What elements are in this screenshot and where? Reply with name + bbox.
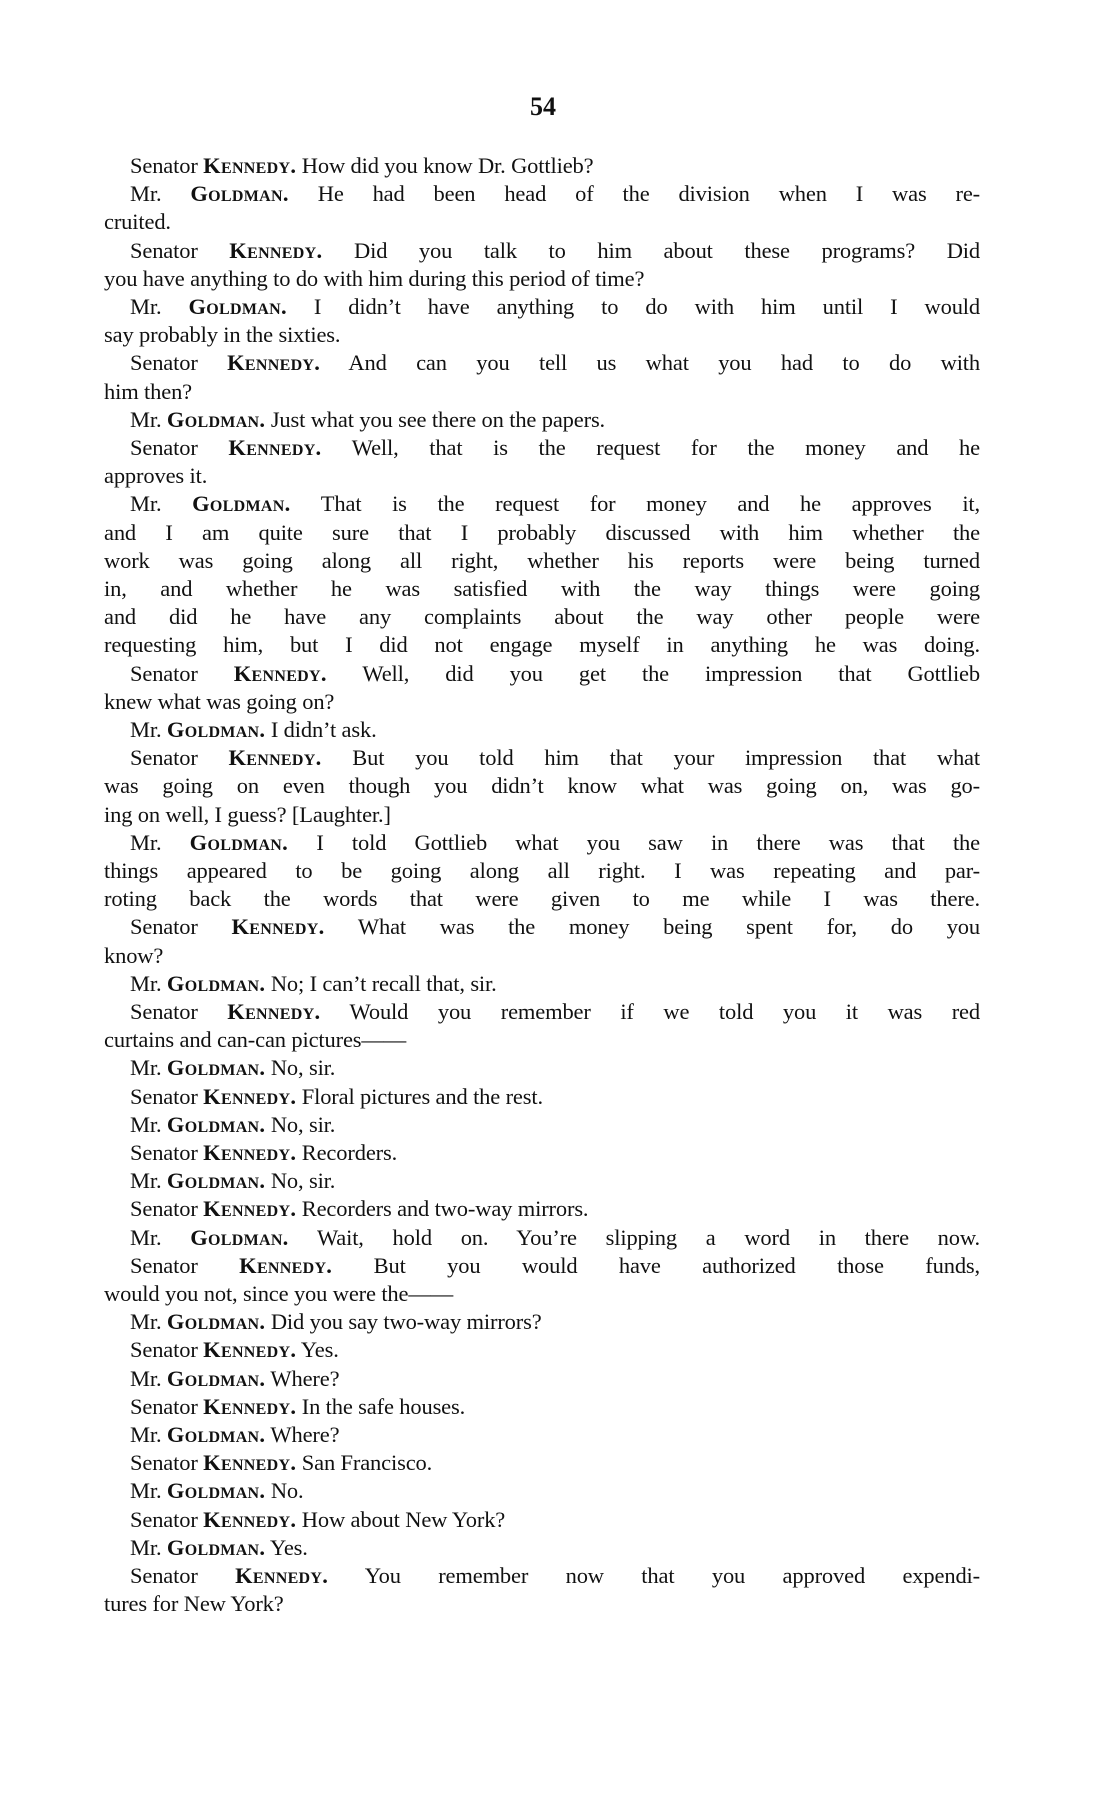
transcript-line-speaker-kennedy: Senator Kennedy. What was the money bein… xyxy=(130,913,980,941)
line-text: How did you know Dr. Gottlieb? xyxy=(296,153,593,178)
line-text: No. xyxy=(265,1478,303,1503)
speaker-title: Senator xyxy=(130,1253,198,1278)
line-text: And can you tell us what you had to do w… xyxy=(320,350,980,375)
transcript-line-speaker-kennedy: Senator Kennedy. Did you talk to him abo… xyxy=(130,237,980,265)
speaker-title: Senator xyxy=(130,1394,198,1419)
transcript-line-continuation: in, and whether he was satisfied with th… xyxy=(104,575,980,603)
line-text: was going on even though you didn’t know… xyxy=(104,773,980,798)
transcript-line-continuation: roting back the words that were given to… xyxy=(104,885,980,913)
line-text: tures for New York? xyxy=(104,1591,284,1616)
speaker-title: Mr. xyxy=(130,1055,161,1080)
speaker-name: Goldman. xyxy=(190,830,288,855)
speaker-name: Kennedy. xyxy=(203,1337,296,1362)
transcript-line-continuation: cruited. xyxy=(104,208,980,236)
line-text: Yes. xyxy=(296,1337,338,1362)
line-text: I didn’t have anything to do with him un… xyxy=(287,294,980,319)
line-text: Did you say two-way mirrors? xyxy=(265,1309,541,1334)
speaker-title: Mr. xyxy=(130,1535,161,1560)
speaker-name: Kennedy. xyxy=(203,1140,296,1165)
speaker-title: Senator xyxy=(130,1337,198,1362)
line-text: know? xyxy=(104,943,163,968)
transcript-line-speaker-goldman: Mr. Goldman. No, sir. xyxy=(130,1111,980,1139)
line-text: No, sir. xyxy=(265,1112,335,1137)
transcript-line-speaker-goldman: Mr. Goldman. I didn’t ask. xyxy=(130,716,980,744)
transcript-line-speaker-goldman: Mr. Goldman. No, sir. xyxy=(130,1054,980,1082)
line-text: Did you talk to him about these programs… xyxy=(322,238,980,263)
speaker-title: Mr. xyxy=(130,407,161,432)
speaker-title: Mr. xyxy=(130,294,161,319)
speaker-name: Goldman. xyxy=(190,181,288,206)
speaker-title: Senator xyxy=(130,153,198,178)
line-text: Yes. xyxy=(265,1535,307,1560)
line-text: him then? xyxy=(104,379,192,404)
transcript-line-speaker-kennedy: Senator Kennedy. Yes. xyxy=(130,1336,980,1364)
line-text: and I am quite sure that I probably disc… xyxy=(104,520,980,545)
line-text: Just what you see there on the papers. xyxy=(265,407,605,432)
speaker-title: Senator xyxy=(130,914,198,939)
transcript-line-continuation: know? xyxy=(104,942,980,970)
speaker-name: Kennedy. xyxy=(203,1196,296,1221)
transcript-line-speaker-goldman: Mr. Goldman. I didn’t have anything to d… xyxy=(130,293,980,321)
line-text: Where? xyxy=(265,1422,339,1447)
speaker-title: Mr. xyxy=(130,1309,161,1334)
speaker-name: Kennedy. xyxy=(234,661,327,686)
line-text: Recorders and two-way mirrors. xyxy=(296,1196,588,1221)
line-text: you have anything to do with him during … xyxy=(104,266,644,291)
line-text: Where? xyxy=(265,1366,339,1391)
speaker-name: Goldman. xyxy=(167,1478,265,1503)
line-text: cruited. xyxy=(104,209,171,234)
speaker-title: Mr. xyxy=(130,1366,161,1391)
line-text: But you would have authorized those fund… xyxy=(332,1253,980,1278)
line-text: What was the money being spent for, do y… xyxy=(325,914,980,939)
speaker-name: Goldman. xyxy=(167,717,265,742)
transcript-line-continuation: him then? xyxy=(104,378,980,406)
line-text: He had been head of the division when I … xyxy=(289,181,980,206)
transcript-line-speaker-goldman: Mr. Goldman. No. xyxy=(130,1477,980,1505)
transcript-line-speaker-kennedy: Senator Kennedy. How did you know Dr. Go… xyxy=(130,152,980,180)
line-text: Floral pictures and the rest. xyxy=(296,1084,543,1109)
speaker-title: Mr. xyxy=(130,1112,161,1137)
speaker-name: Goldman. xyxy=(167,407,265,432)
speaker-title: Senator xyxy=(130,999,198,1024)
speaker-name: Kennedy. xyxy=(231,914,324,939)
line-text: things appeared to be going along all ri… xyxy=(104,858,980,883)
speaker-title: Mr. xyxy=(130,1422,161,1447)
transcript-line-speaker-goldman: Mr. Goldman. Where? xyxy=(130,1421,980,1449)
transcript-line-continuation: say probably in the sixties. xyxy=(104,321,980,349)
line-text: San Francisco. xyxy=(296,1450,432,1475)
speaker-name: Kennedy. xyxy=(203,1450,296,1475)
speaker-title: Mr. xyxy=(130,1225,161,1250)
speaker-name: Kennedy. xyxy=(203,153,296,178)
line-text: That is the request for money and he app… xyxy=(291,491,980,516)
speaker-name: Kennedy. xyxy=(229,238,322,263)
transcript-line-speaker-kennedy: Senator Kennedy. But you told him that y… xyxy=(130,744,980,772)
speaker-title: Mr. xyxy=(130,491,161,516)
transcript-line-speaker-goldman: Mr. Goldman. Yes. xyxy=(130,1534,980,1562)
line-text: I told Gottlieb what you saw in there wa… xyxy=(288,830,980,855)
line-text: curtains and can-can pictures—— xyxy=(104,1027,406,1052)
line-text: Recorders. xyxy=(296,1140,397,1165)
speaker-name: Goldman. xyxy=(167,1112,265,1137)
speaker-title: Mr. xyxy=(130,1478,161,1503)
line-text: No; I can’t recall that, sir. xyxy=(265,971,496,996)
speaker-title: Senator xyxy=(130,350,198,375)
speaker-name: Kennedy. xyxy=(227,350,320,375)
transcript-line-speaker-goldman: Mr. Goldman. No, sir. xyxy=(130,1167,980,1195)
line-text: say probably in the sixties. xyxy=(104,322,340,347)
speaker-name: Goldman. xyxy=(167,1309,265,1334)
line-text: Well, that is the request for the money … xyxy=(321,435,980,460)
speaker-name: Kennedy. xyxy=(203,1394,296,1419)
transcript-line-speaker-goldman: Mr. Goldman. Wait, hold on. You’re slipp… xyxy=(130,1224,980,1252)
transcript-line-continuation: you have anything to do with him during … xyxy=(104,265,980,293)
transcript-line-speaker-kennedy: Senator Kennedy. And can you tell us wha… xyxy=(130,349,980,377)
speaker-name: Kennedy. xyxy=(228,745,321,770)
speaker-title: Senator xyxy=(130,1196,198,1221)
transcript-line-speaker-goldman: Mr. Goldman. No; I can’t recall that, si… xyxy=(130,970,980,998)
transcript-line-speaker-kennedy: Senator Kennedy. In the safe houses. xyxy=(130,1393,980,1421)
transcript-line-speaker-kennedy: Senator Kennedy. San Francisco. xyxy=(130,1449,980,1477)
speaker-name: Kennedy. xyxy=(203,1084,296,1109)
transcript-line-speaker-goldman: Mr. Goldman. I told Gottlieb what you sa… xyxy=(130,829,980,857)
transcript-line-speaker-kennedy: Senator Kennedy. But you would have auth… xyxy=(130,1252,980,1280)
speaker-title: Senator xyxy=(130,238,198,263)
speaker-name: Kennedy. xyxy=(239,1253,332,1278)
line-text: No, sir. xyxy=(265,1055,335,1080)
speaker-title: Mr. xyxy=(130,1168,161,1193)
line-text: ing on well, I guess? [Laughter.] xyxy=(104,802,391,827)
speaker-title: Senator xyxy=(130,1507,198,1532)
transcript-line-continuation: ing on well, I guess? [Laughter.] xyxy=(104,801,980,829)
line-text: How about New York? xyxy=(296,1507,505,1532)
speaker-title: Senator xyxy=(130,661,198,686)
line-text: I didn’t ask. xyxy=(265,717,376,742)
transcript-line-speaker-kennedy: Senator Kennedy. Well, that is the reque… xyxy=(130,434,980,462)
speaker-name: Kennedy. xyxy=(203,1507,296,1532)
line-text: work was going along all right, whether … xyxy=(104,548,980,573)
hearing-transcript: Senator Kennedy. How did you know Dr. Go… xyxy=(0,0,1102,1817)
transcript-line-continuation: would you not, since you were the—— xyxy=(104,1280,980,1308)
transcript-line-speaker-kennedy: Senator Kennedy. Floral pictures and the… xyxy=(130,1083,980,1111)
speaker-name: Goldman. xyxy=(190,1225,288,1250)
speaker-name: Goldman. xyxy=(167,1055,265,1080)
transcript-line-speaker-kennedy: Senator Kennedy. How about New York? xyxy=(130,1506,980,1534)
speaker-name: Kennedy. xyxy=(227,999,320,1024)
transcript-line-speaker-kennedy: Senator Kennedy. Recorders and two-way m… xyxy=(130,1195,980,1223)
line-text: Well, did you get the impression that Go… xyxy=(327,661,980,686)
speaker-title: Senator xyxy=(130,1450,198,1475)
line-text: You remember now that you approved expen… xyxy=(328,1563,980,1588)
speaker-name: Kennedy. xyxy=(228,435,321,460)
line-text: knew what was going on? xyxy=(104,689,334,714)
speaker-title: Senator xyxy=(130,435,198,460)
line-text: Would you remember if we told you it was… xyxy=(320,999,980,1024)
speaker-title: Mr. xyxy=(130,971,161,996)
transcript-line-continuation: and I am quite sure that I probably disc… xyxy=(104,519,980,547)
transcript-line-continuation: was going on even though you didn’t know… xyxy=(104,772,980,800)
speaker-title: Senator xyxy=(130,1563,198,1588)
speaker-name: Goldman. xyxy=(167,1168,265,1193)
line-text: in, and whether he was satisfied with th… xyxy=(104,576,980,601)
line-text: No, sir. xyxy=(265,1168,335,1193)
speaker-name: Goldman. xyxy=(167,971,265,996)
transcript-line-continuation: knew what was going on? xyxy=(104,688,980,716)
transcript-line-continuation: tures for New York? xyxy=(104,1590,980,1618)
transcript-line-continuation: approves it. xyxy=(104,462,980,490)
transcript-line-speaker-goldman: Mr. Goldman. Did you say two-way mirrors… xyxy=(130,1308,980,1336)
speaker-title: Senator xyxy=(130,1140,198,1165)
transcript-line-speaker-goldman: Mr. Goldman. That is the request for mon… xyxy=(130,490,980,518)
transcript-line-speaker-goldman: Mr. Goldman. Just what you see there on … xyxy=(130,406,980,434)
transcript-line-speaker-kennedy: Senator Kennedy. Recorders. xyxy=(130,1139,980,1167)
speaker-name: Goldman. xyxy=(167,1422,265,1447)
speaker-name: Goldman. xyxy=(167,1535,265,1560)
transcript-line-continuation: things appeared to be going along all ri… xyxy=(104,857,980,885)
line-text: and did he have any complaints about the… xyxy=(104,604,980,629)
line-text: Wait, hold on. You’re slipping a word in… xyxy=(289,1225,980,1250)
transcript-line-speaker-kennedy: Senator Kennedy. You remember now that y… xyxy=(130,1562,980,1590)
speaker-title: Mr. xyxy=(130,830,161,855)
line-text: In the safe houses. xyxy=(296,1394,465,1419)
line-text: approves it. xyxy=(104,463,207,488)
transcript-line-continuation: curtains and can-can pictures—— xyxy=(104,1026,980,1054)
speaker-name: Goldman. xyxy=(188,294,286,319)
line-text: would you not, since you were the—— xyxy=(104,1281,453,1306)
transcript-line-speaker-kennedy: Senator Kennedy. Well, did you get the i… xyxy=(130,660,980,688)
speaker-title: Mr. xyxy=(130,717,161,742)
line-text: requesting him, but I did not engage mys… xyxy=(104,632,980,657)
line-text: roting back the words that were given to… xyxy=(104,886,980,911)
speaker-name: Kennedy. xyxy=(235,1563,328,1588)
transcript-line-speaker-goldman: Mr. Goldman. He had been head of the div… xyxy=(130,180,980,208)
transcript-line-continuation: and did he have any complaints about the… xyxy=(104,603,980,631)
transcript-line-speaker-goldman: Mr. Goldman. Where? xyxy=(130,1365,980,1393)
speaker-title: Senator xyxy=(130,1084,198,1109)
speaker-title: Senator xyxy=(130,745,198,770)
transcript-line-continuation: requesting him, but I did not engage mys… xyxy=(104,631,980,659)
speaker-name: Goldman. xyxy=(192,491,290,516)
transcript-line-continuation: work was going along all right, whether … xyxy=(104,547,980,575)
speaker-title: Mr. xyxy=(130,181,161,206)
transcript-line-speaker-kennedy: Senator Kennedy. Would you remember if w… xyxy=(130,998,980,1026)
speaker-name: Goldman. xyxy=(167,1366,265,1391)
line-text: But you told him that your impression th… xyxy=(322,745,980,770)
